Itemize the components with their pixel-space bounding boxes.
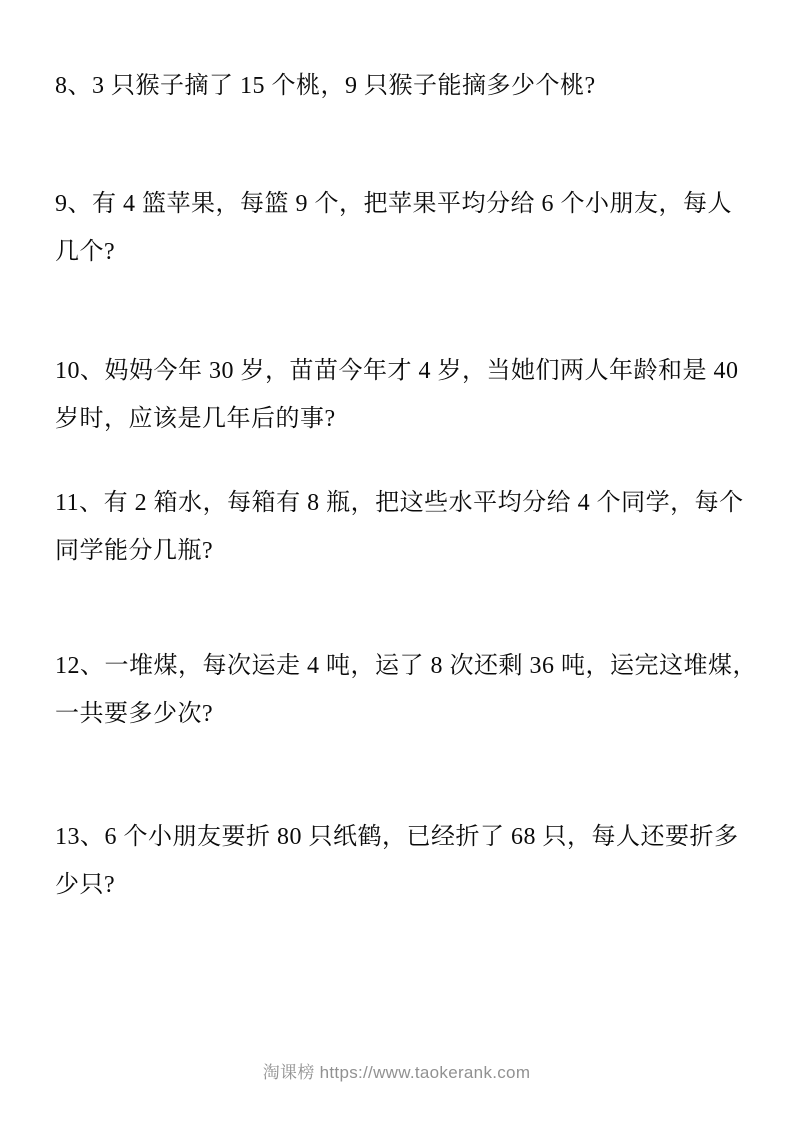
question-11: 11、有 2 箱水，每箱有 8 瓶，把这些水平均分给 4 个同学，每个 同学能分… — [55, 479, 767, 575]
question-13-line-2: 少只? — [55, 861, 767, 909]
question-12: 12、一堆煤，每次运走 4 吨，运了 8 次还剩 36 吨，运完这堆煤， 一共要… — [55, 642, 767, 738]
question-11-line-1: 11、有 2 箱水，每箱有 8 瓶，把这些水平均分给 4 个同学，每个 — [55, 479, 767, 527]
footer-watermark: 淘课榜 https://www.taokerank.com — [0, 1058, 793, 1083]
question-13-line-1: 13、6 个小朋友要折 80 只纸鹤，已经折了 68 只，每人还要折多 — [55, 813, 767, 861]
question-8: 8、3 只猴子摘了 15 个桃，9 只猴子能摘多少个桃? — [55, 62, 767, 110]
question-12-line-1: 12、一堆煤，每次运走 4 吨，运了 8 次还剩 36 吨，运完这堆煤， — [55, 642, 767, 690]
question-13: 13、6 个小朋友要折 80 只纸鹤，已经折了 68 只，每人还要折多 少只? — [55, 813, 767, 909]
question-9-line-1: 9、有 4 篮苹果，每篮 9 个，把苹果平均分给 6 个小朋友，每人 — [55, 180, 767, 228]
question-10: 10、妈妈今年 30 岁，苗苗今年才 4 岁，当她们两人年龄和是 40 岁时，应… — [55, 347, 767, 443]
question-10-line-2: 岁时，应该是几年后的事? — [55, 395, 767, 443]
question-10-line-1: 10、妈妈今年 30 岁，苗苗今年才 4 岁，当她们两人年龄和是 40 — [55, 347, 767, 395]
question-9: 9、有 4 篮苹果，每篮 9 个，把苹果平均分给 6 个小朋友，每人 几个? — [55, 180, 767, 276]
question-12-line-2: 一共要多少次? — [55, 690, 767, 738]
question-9-line-2: 几个? — [55, 228, 767, 276]
worksheet-page: 8、3 只猴子摘了 15 个桃，9 只猴子能摘多少个桃? 9、有 4 篮苹果，每… — [0, 0, 793, 1122]
question-8-line-1: 8、3 只猴子摘了 15 个桃，9 只猴子能摘多少个桃? — [55, 62, 767, 110]
question-11-line-2: 同学能分几瓶? — [55, 527, 767, 575]
